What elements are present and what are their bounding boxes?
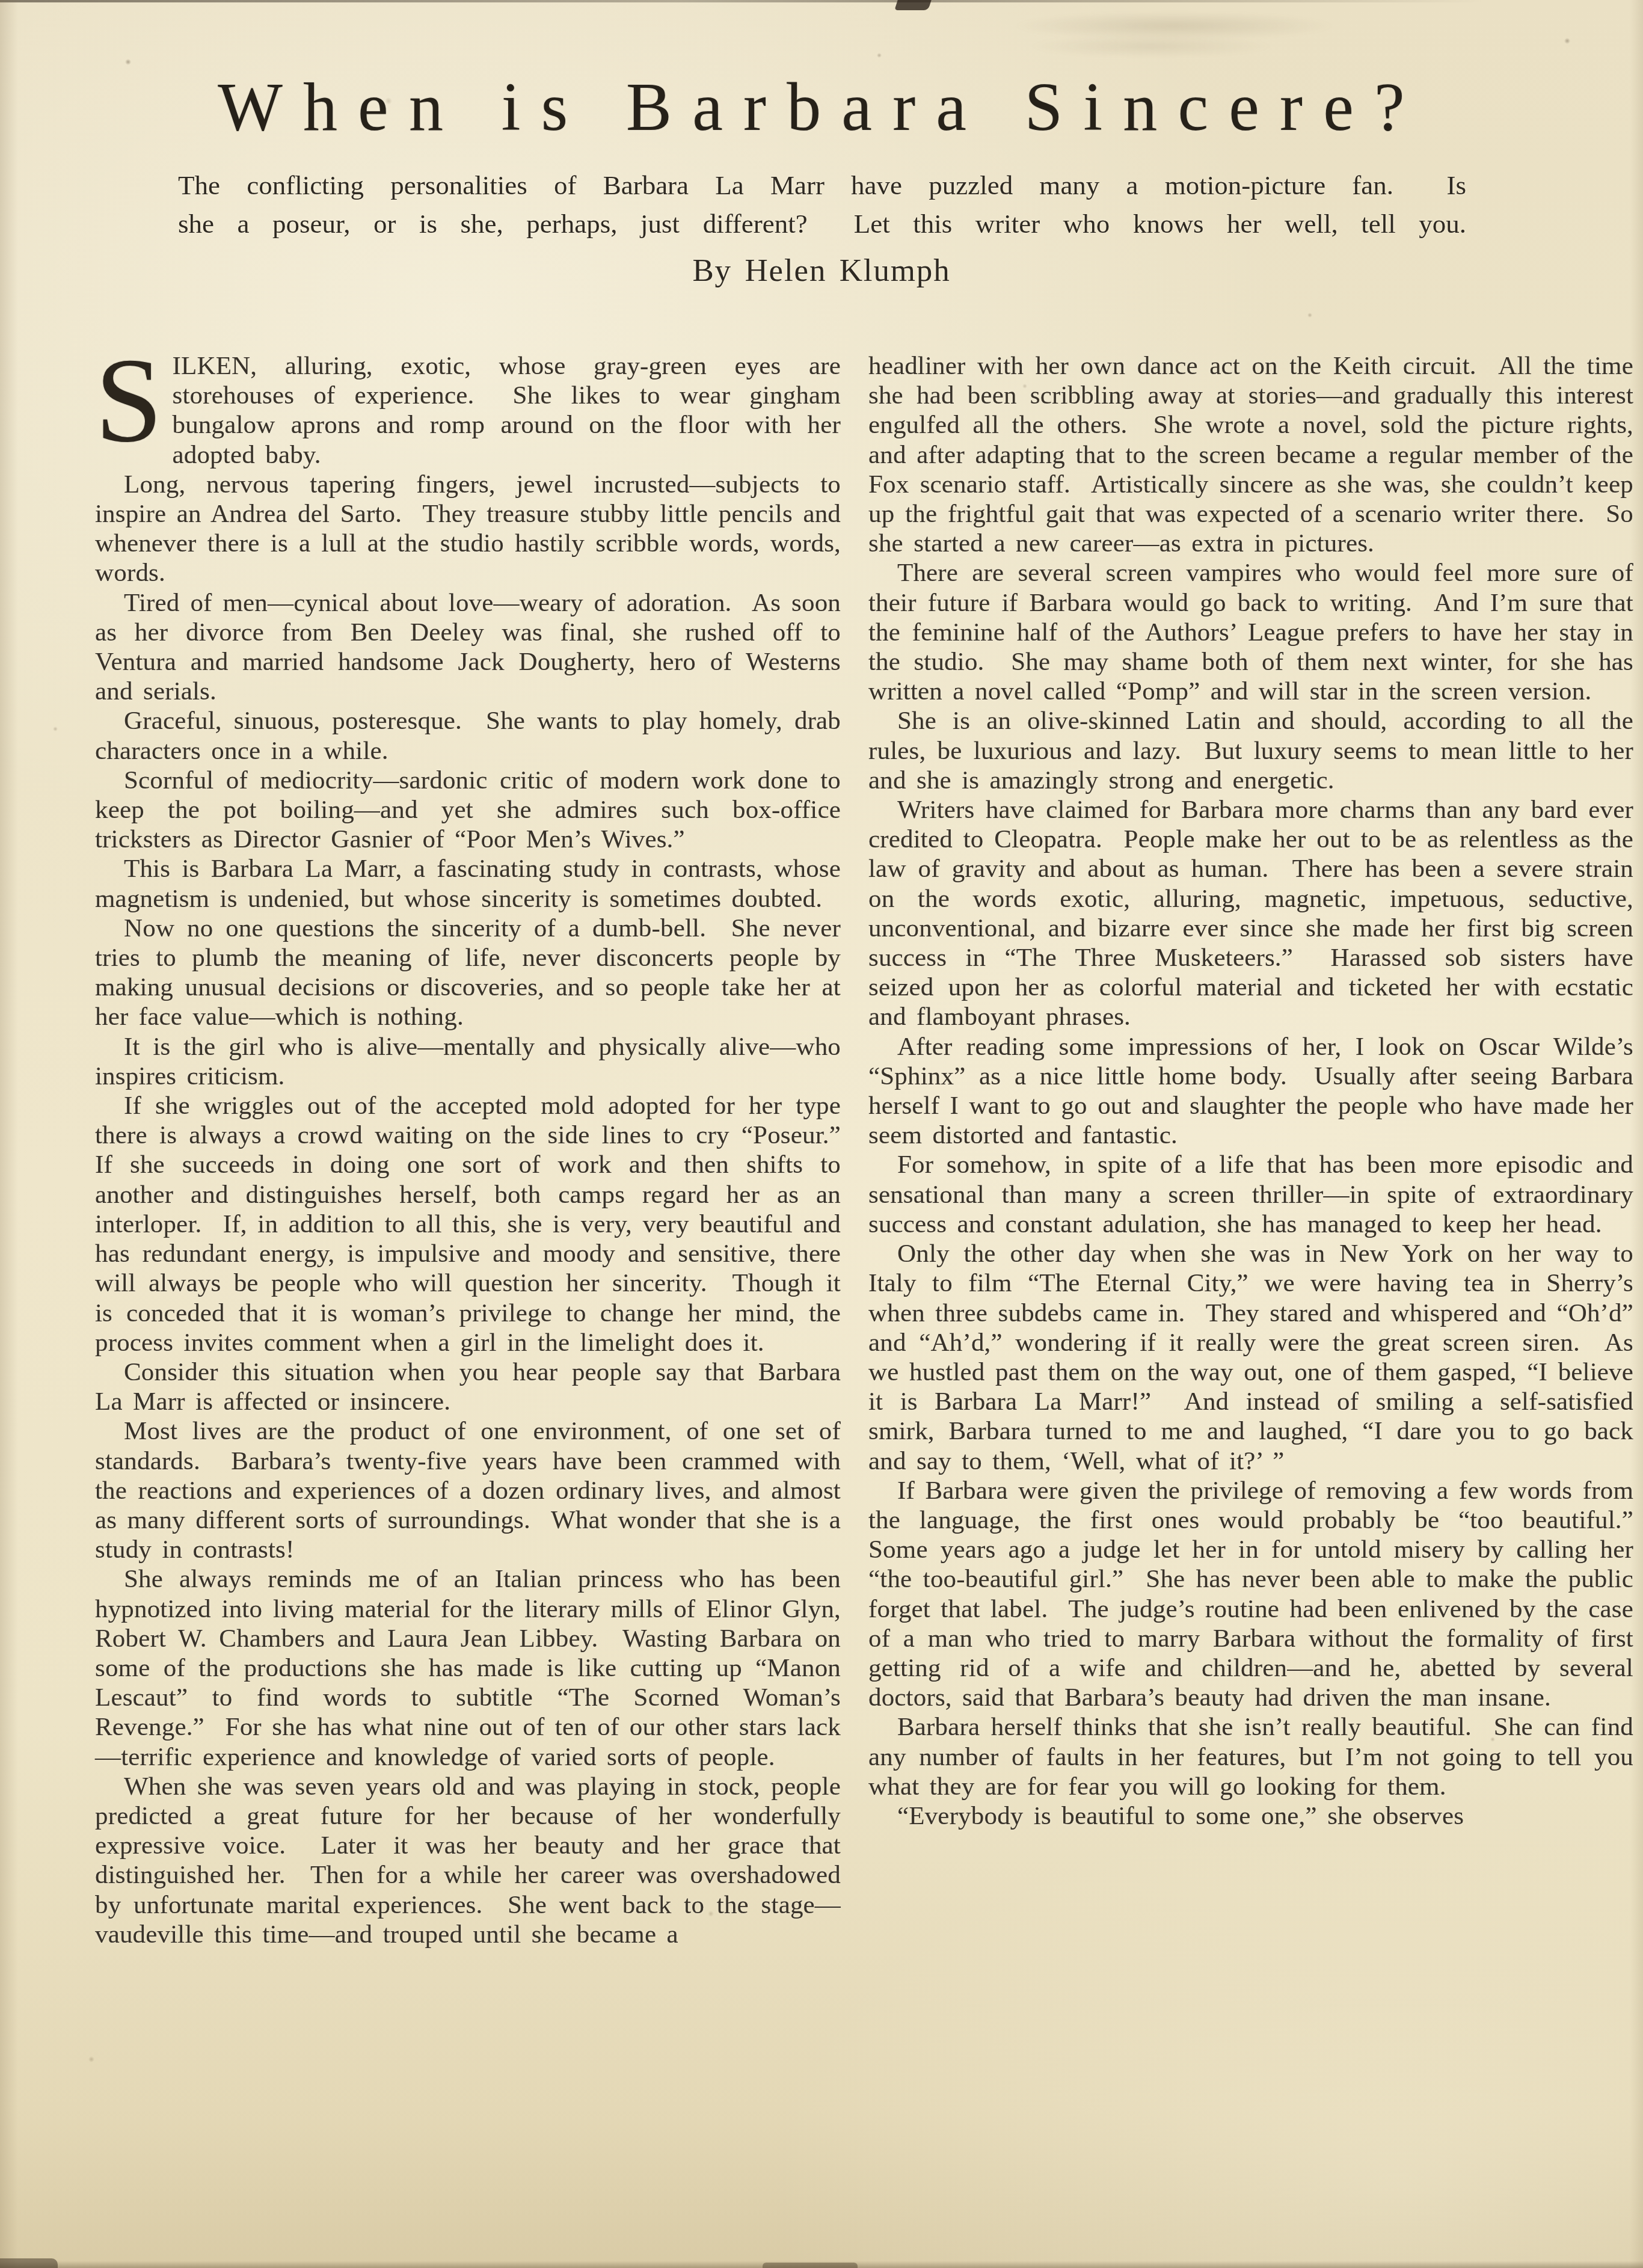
scan-bottom-edge-shade [0, 2261, 1643, 2268]
bleed-through-ghost [989, 13, 1374, 55]
article-byline: By Helen Klumph [0, 253, 1643, 289]
left-column-paragraph-11: Most lives are the product of one enviro… [95, 1416, 841, 1564]
right-column-paragraph-10: “Everybody is beautiful to some one,” sh… [868, 1801, 1633, 1831]
scan-bottom-mid-mark [763, 2263, 858, 2268]
left-column-paragraph-10: Consider this situation when you hear pe… [95, 1357, 841, 1416]
left-column-paragraph-5: Scornful of mediocrity—sardonic critic o… [95, 766, 841, 855]
right-column-paragraph-1: headliner with her own dance act on the … [868, 351, 1633, 558]
left-column-paragraph-7: Now no one questions the sincerity of a … [95, 914, 841, 1032]
left-column-paragraph-4: Graceful, sinuous, posteresque. She want… [95, 706, 841, 765]
article-body: SILKEN, alluring, exotic, whose gray-gre… [95, 351, 1633, 1949]
magazine-page: When is Barbara Sincere? The conflicting… [0, 0, 1643, 2268]
scan-bottom-left-mark [0, 2258, 58, 2268]
dropcap-letter: S [95, 355, 163, 445]
left-column-paragraph-1: SILKEN, alluring, exotic, whose gray-gre… [95, 351, 841, 470]
article-deck-line-2: she a poseur, or is she, perhaps, just d… [178, 204, 1466, 243]
left-column-paragraph-3: Tired of men—cynical about love—weary of… [95, 588, 841, 707]
text-column-right: headliner with her own dance act on the … [868, 351, 1633, 1949]
article-title: When is Barbara Sincere? [0, 67, 1643, 146]
scan-top-edge-line [0, 0, 1516, 2]
left-column-paragraph-12: She always reminds me of an Italian prin… [95, 1564, 841, 1771]
right-column-paragraph-3: She is an olive-skinned Latin and should… [868, 706, 1633, 795]
right-column-paragraph-8: If Barbara were given the privilege of r… [868, 1476, 1633, 1713]
left-column-paragraph-9: If she wriggles out of the accepted mold… [95, 1091, 841, 1357]
right-column-paragraph-2: There are several screen vampires who wo… [868, 558, 1633, 706]
right-column-paragraph-5: After reading some impressions of her, I… [868, 1032, 1633, 1151]
right-column-paragraph-9: Barbara herself thinks that she isn’t re… [868, 1712, 1633, 1801]
right-column-paragraph-7: Only the other day when she was in New Y… [868, 1239, 1633, 1476]
left-column-paragraph-6: This is Barbara La Marr, a fascinating s… [95, 854, 841, 913]
left-column-paragraph-2: Long, nervous tapering fingers, jewel in… [95, 470, 841, 588]
text-column-left: SILKEN, alluring, exotic, whose gray-gre… [95, 351, 841, 1949]
left-column-paragraph-8: It is the girl who is alive—mentally and… [95, 1032, 841, 1091]
article-deck: The conflicting personalities of Barbara… [178, 166, 1466, 243]
scan-top-edge-mark [894, 0, 932, 10]
right-column-paragraph-4: Writers have claimed for Barbara more ch… [868, 795, 1633, 1032]
scan-left-edge-shade [0, 0, 18, 2268]
left-column-paragraph-13: When she was seven years old and was pla… [95, 1772, 841, 1949]
right-column-paragraph-6: For somehow, in spite of a life that has… [868, 1150, 1633, 1239]
article-deck-line-1: The conflicting personalities of Barbara… [178, 166, 1466, 204]
